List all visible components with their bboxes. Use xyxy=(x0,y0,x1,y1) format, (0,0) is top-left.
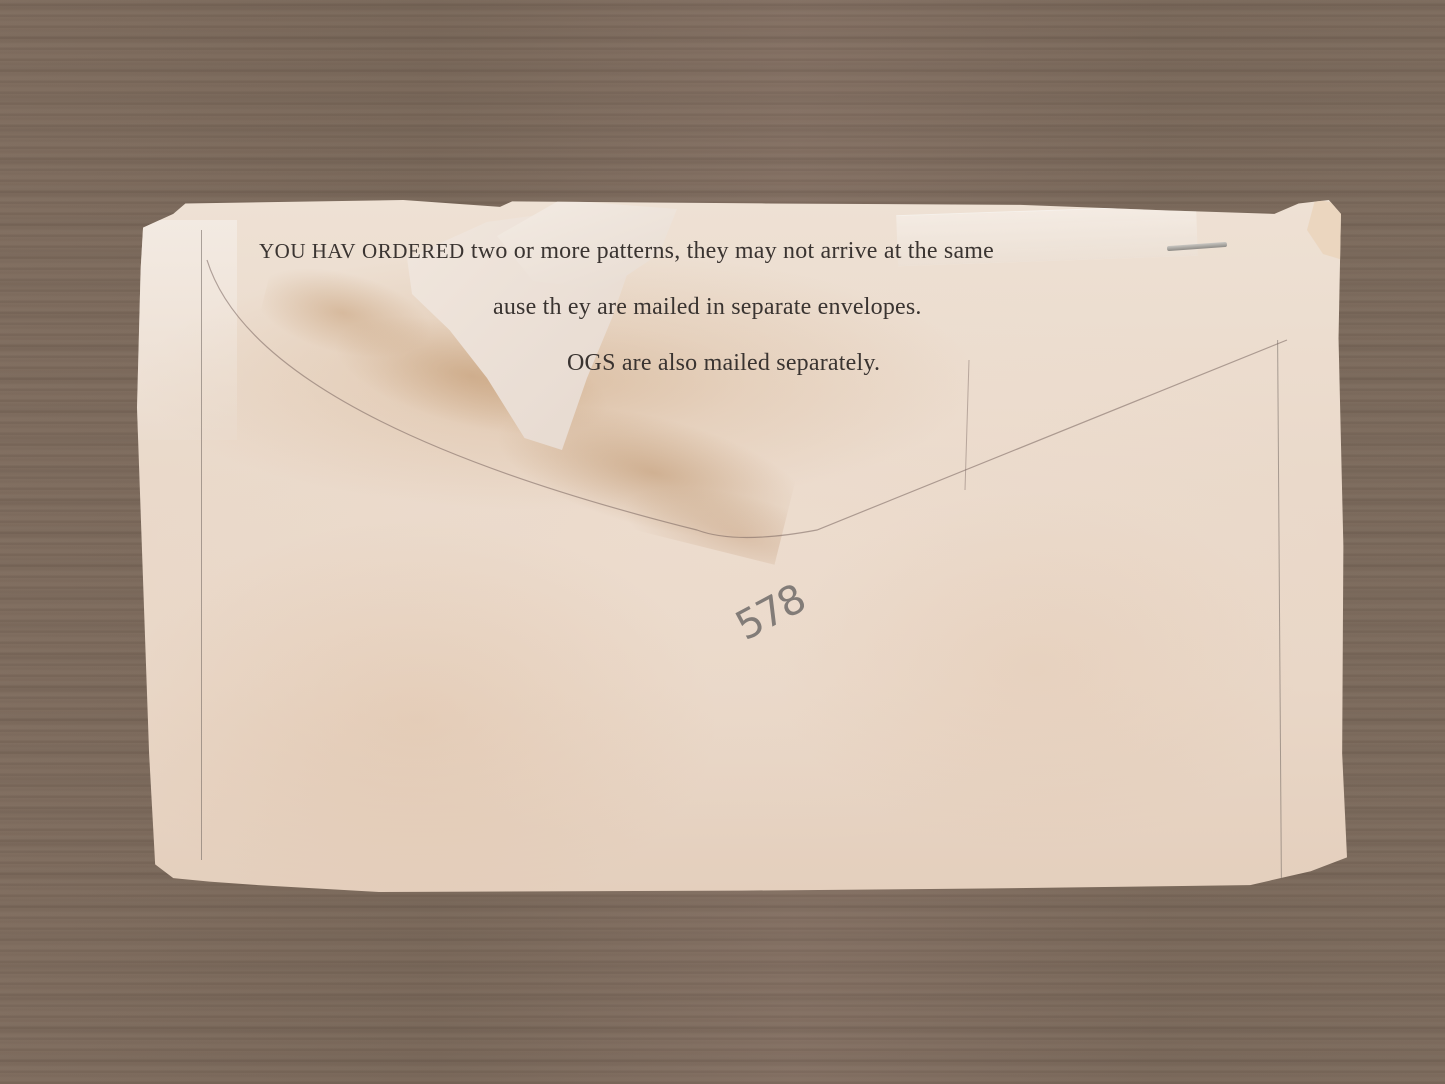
envelope-left-flap-fold xyxy=(137,220,237,440)
printed-line-2-c: mailed in separate envelopes. xyxy=(633,294,921,320)
printed-caps-ordered: ORDERED xyxy=(362,239,465,263)
printed-text-line-3: OGS are also mailed separately. xyxy=(567,350,880,377)
printed-line-1-rest: two or more patterns, they may not arriv… xyxy=(471,238,994,264)
printed-line-2-a: ause th xyxy=(493,294,562,320)
printed-caps-you-have: YOU HAV xyxy=(259,239,356,263)
printed-text-line-2: ause th ey are mailed in separate envelo… xyxy=(493,294,922,321)
envelope-back: YOU HAVORDERED two or more patterns, the… xyxy=(137,200,1347,892)
printed-text-line-1: YOU HAVORDERED two or more patterns, the… xyxy=(259,238,994,265)
printed-line-2-b: ey are xyxy=(568,294,627,320)
pencil-handwritten-number: 578 xyxy=(728,576,812,650)
envelope-left-fold-line xyxy=(201,230,202,860)
envelope-right-fold-line xyxy=(1277,340,1282,880)
printed-line-3-b: are also mailed separately. xyxy=(622,350,880,376)
printed-line-3-a: OGS xyxy=(567,350,616,376)
